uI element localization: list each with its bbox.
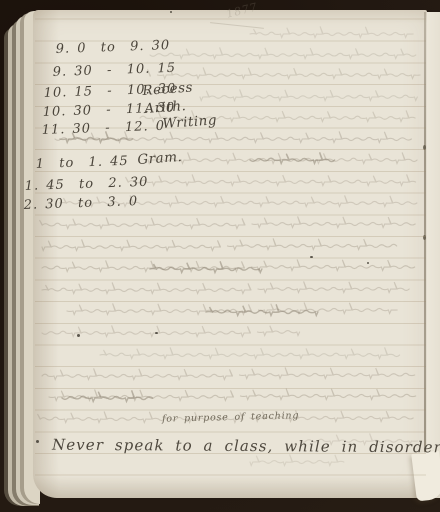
maxim-text: Never speak to a class, while in disorde… — [52, 436, 440, 457]
notebook-photograph: 1877 9. 0 to 9. 30 9. 30 - 10. 15 10. 15… — [0, 0, 440, 512]
schedule-time: 9. 0 to 9. 30 — [55, 38, 170, 57]
schedule-entry: 2. 30 to 3. 0 — [24, 194, 138, 213]
schedule-entry: 9. 0 to 9. 30 — [56, 38, 170, 57]
ink-speck — [367, 262, 369, 264]
schedule-entry: 11. 30 - 12. 0 — [42, 119, 165, 138]
schedule-entry: 1. 45 to 2. 30 — [25, 175, 149, 194]
ink-speck — [170, 11, 172, 13]
schedule-time: 2. 30 to 3. 0 — [23, 194, 138, 213]
ink-speck — [77, 334, 80, 337]
schedule-subject: Writing — [163, 113, 218, 132]
schedule-entry: 9. 30 - 10. 15 — [53, 61, 176, 80]
ink-speck — [155, 332, 158, 334]
ink-speck — [36, 440, 39, 443]
schedule-entry: 1 to 1. 45 — [36, 153, 129, 172]
ink-speck — [310, 256, 313, 258]
schedule-time: 11. 30 - 12. 0 — [41, 119, 165, 138]
schedule-subject: Gram. — [138, 149, 183, 168]
schedule-time: 1 to 1. 45 — [35, 154, 128, 172]
schedule-subject: Recess — [143, 80, 194, 99]
schedule-time: 1. 45 to 2. 30 — [24, 175, 148, 194]
schedule-time: 9. 30 - 10. 15 — [52, 61, 176, 80]
